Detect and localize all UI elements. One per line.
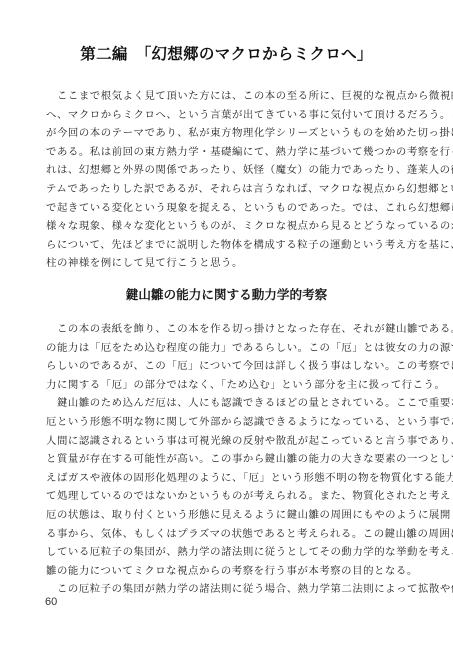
text-line: この厄粒子の集団が熱力学の諸法則に従う場合、熱力学第二法則によって拡散や他の気 [46,580,416,599]
text-line: て処理しているのではないかというものが考えられる。また、物質化されたと考えられる [46,487,416,506]
text-line: 厄の状態は、取り付くという形態に見えるように鍵山雛の周囲にもやのように展開してい [46,506,416,525]
text-line: ここまで根気よく見て頂いた方には、この本の至る所に、巨視的な視点から微視的な視点 [46,87,416,106]
text-line: と質量が存在する可能性が高い。この事から鍵山雛の能力の大きな要素の一つとして、例 [46,450,416,469]
chapter-title: 第二編 「幻想郷のマクロからミクロへ」 [0,42,453,64]
text-line: テムであったりした訳であるが、それらは言うなれば、マクロな視点から幻想郷という世… [46,180,416,199]
intro-paragraph: ここまで根気よく見て頂いた方には、この本の至る所に、巨視的な視点から微視的な視点… [46,87,416,273]
text-line: が今回の本のテーマであり、私が東方物理化学シリーズというものを始めた切っ掛けの一… [46,124,416,143]
section-body: この本の表紙を飾り、この本を作る切っ掛けとなった存在、それが鍵山雛である。彼女 … [46,320,416,599]
text-line: で起きている変化という現象を捉える、というものであった。では、これら幻想郷におけ… [46,199,416,218]
text-line: 厄という形態不明な物に関して外部から認識できるようになっている、という事である。 [46,413,416,432]
text-line: らについて、先ほどまでに説明した物体を構成する粒子の運動という考え方を基に、ある… [46,236,416,255]
section-heading: 鍵山雛の能力に関する動力学的考察 [0,284,453,303]
text-line: へ、マクロからミクロへ、という言葉が出てきている事に気付いて頂けるだろう。これこ… [46,106,416,125]
text-line: らしいのであるが、この「厄」について今回は詳しく扱う事はしない。この考察では、能 [46,357,416,376]
text-line: 柱の神様を例にして見て行こうと思う。 [46,254,416,273]
page-number: 60 [45,596,57,608]
text-line: えばガスや液体の固形化処理のように、「厄」という形態不明の物を物質化する能力によ… [46,469,416,488]
book-page: 第二編 「幻想郷のマクロからミクロへ」 ここまで根気よく見て頂いた方には、この本… [0,0,453,650]
text-line: 人間に認識されるという事は可視光線の反射や散乱が起こっていると言う事であり、体積 [46,432,416,451]
text-line: 様々な現象、様々な変化というものが、ミクロな視点から見るとどうなっているのか。こ… [46,217,416,236]
text-line: この本の表紙を飾り、この本を作る切っ掛けとなった存在、それが鍵山雛である。彼女 [46,320,416,339]
text-line: 力に関する「厄」の部分ではなく、「ため込む」という部分を主に扱って行こう。 [46,376,416,395]
text-line: 鍵山雛のため込んだ厄は、人にも認識できるほどの量とされている。ここで重要なのは、 [46,394,416,413]
text-line: れは、幻想郷と外界の関係であったり、妖怪（魔女）の能力であったり、蓬莱人の復活シ… [46,161,416,180]
text-line: 雛の能力についてミクロな視点からの考察を行う事が本考察の目的となる。 [46,562,416,581]
text-line: の能力は「厄をため込む程度の能力」であるらしい。この「厄」とは彼女の力の源である [46,339,416,358]
text-line: る事から、気体、もしくはプラズマの状態であると考えられる。この鍵山雛の周囲に展開 [46,525,416,544]
text-line: している厄粒子の集団が、熱力学の諸法則に従うとしてその動力学的な挙動を考え、鍵山 [46,543,416,562]
text-line: である。私は前回の東方熱力学・基礎編にて、熱力学に基づいて幾つかの考察を行った。… [46,143,416,162]
